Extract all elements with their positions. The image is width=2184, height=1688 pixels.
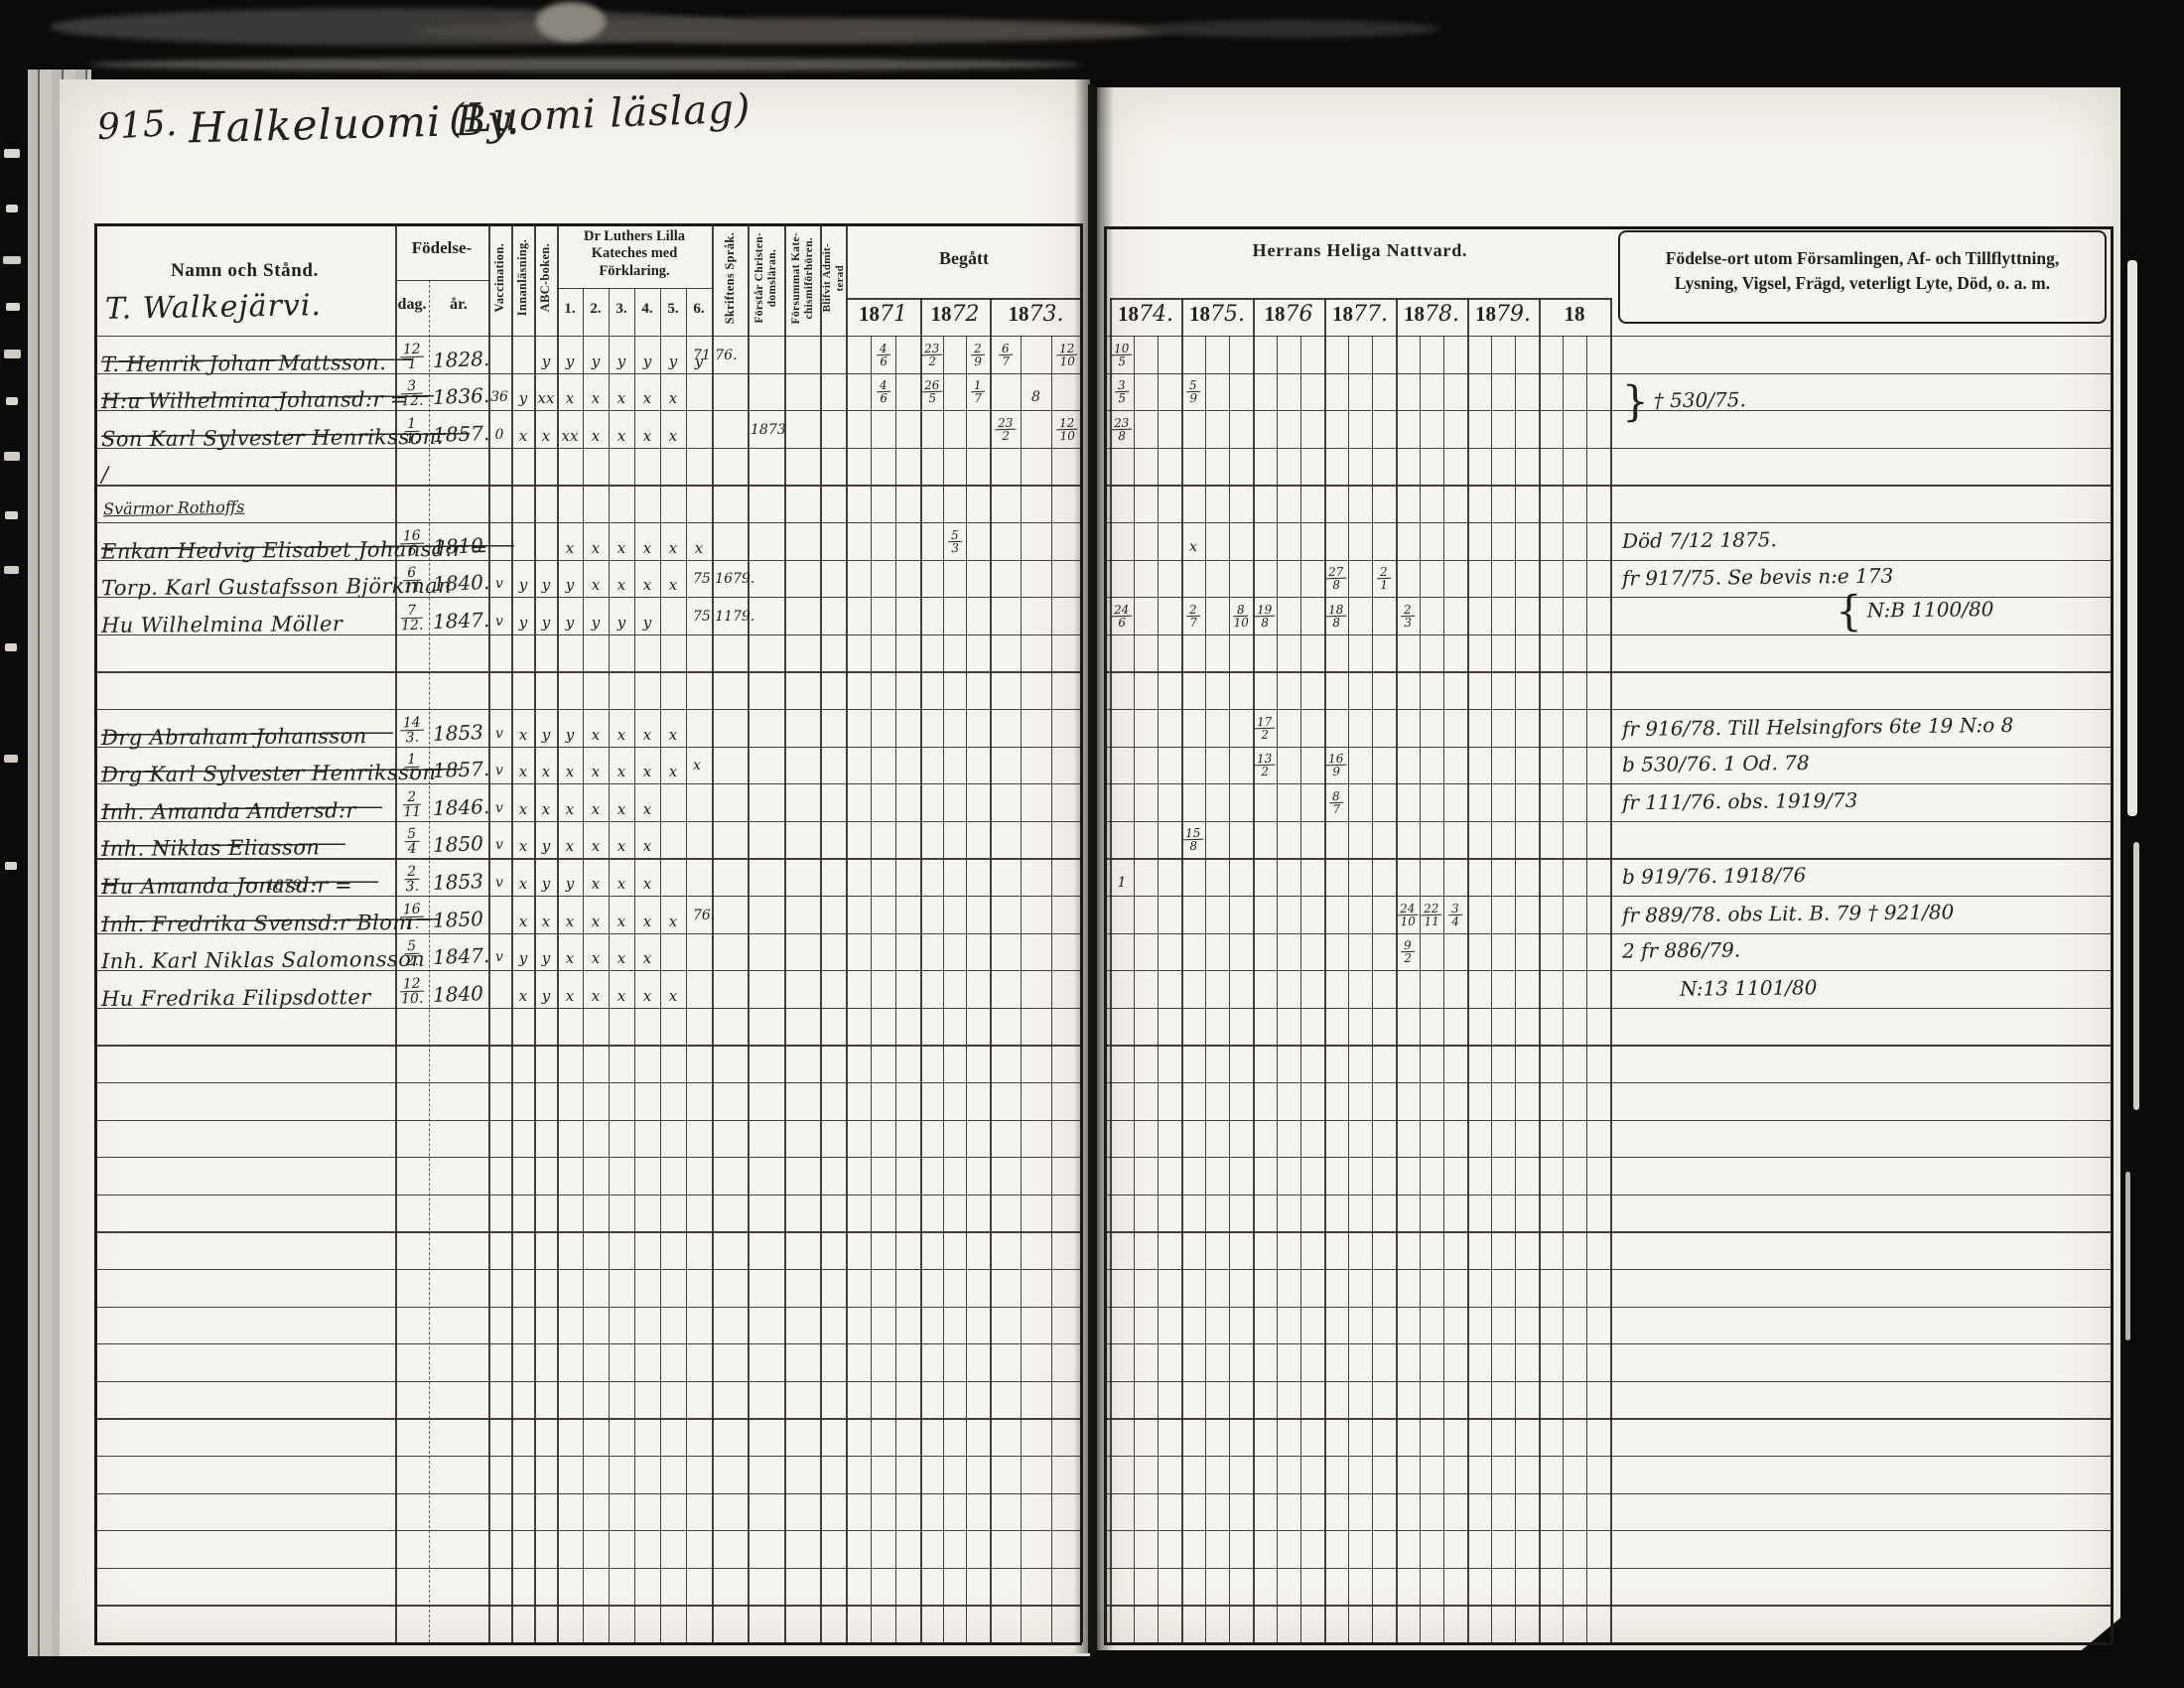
- margin-note: {N:B 1100/80: [1836, 589, 1994, 633]
- margin-note: fr 916/78. Till Helsingfors 6te 19 N:o 8: [1622, 715, 2014, 739]
- margin-note: N:13 1101/80: [1680, 977, 1818, 998]
- margin-note: Död 7/12 1875.: [1622, 529, 1777, 551]
- margin-note: }† 530/75.: [1622, 380, 1746, 423]
- margin-note: fr 889/78. obs Lit. B. 79 † 921/80: [1622, 902, 1954, 924]
- margin-note: fr 917/75. Se bevis n:e 173: [1622, 566, 1893, 589]
- margin-note: 2 fr 886/79.: [1622, 940, 1740, 961]
- margin-note: b 919/76. 1918/76: [1622, 865, 1807, 887]
- margin-note: fr 111/76. obs. 1919/73: [1622, 790, 1858, 812]
- margin-notes: }† 530/75.Död 7/12 1875.fr 917/75. Se be…: [0, 0, 2184, 1688]
- scanned-parish-register: 915. Halkeluomi By. (Luomi läslag) T. Wa…: [0, 0, 2184, 1688]
- margin-note: b 530/76. 1 Od. 78: [1622, 753, 1810, 774]
